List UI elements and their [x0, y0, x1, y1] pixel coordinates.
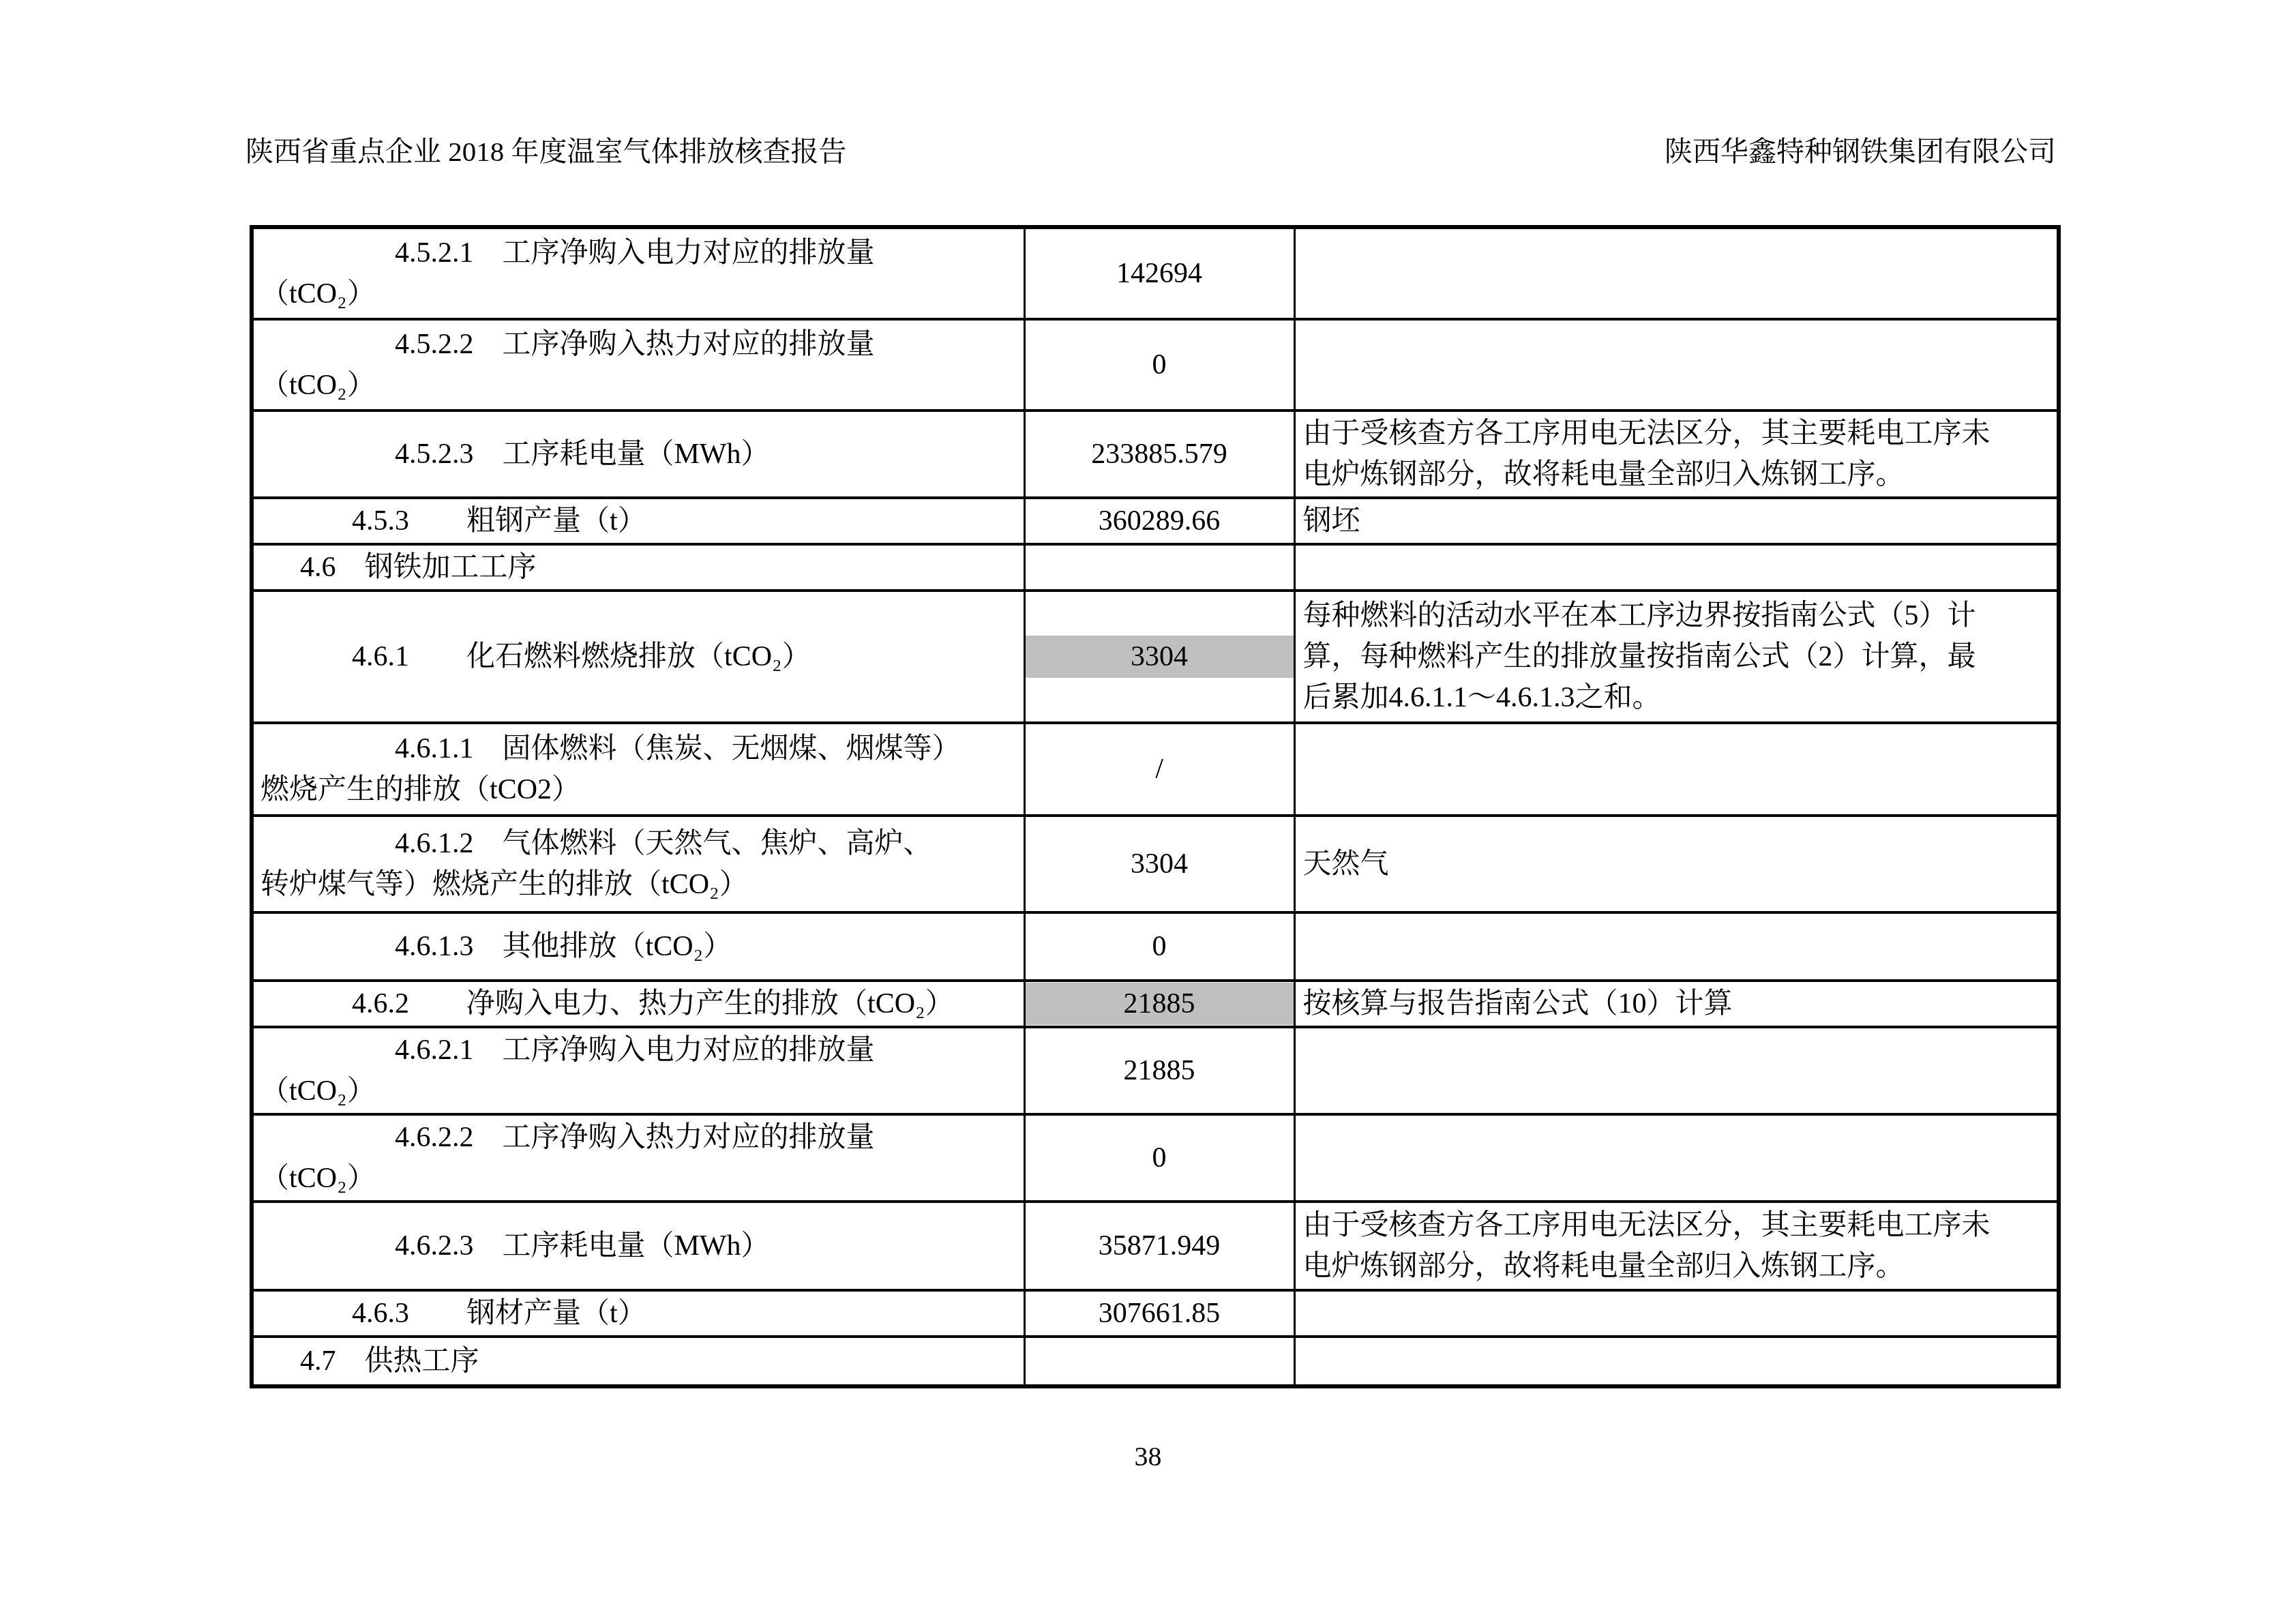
- header-company-name: 陕西华鑫特种钢铁集团有限公司: [1665, 134, 2056, 169]
- row-label: 4.6.1.2 气体燃料（天然气、焦炉、高炉、 转炉煤气等）燃烧产生的排放（tC…: [254, 823, 1023, 905]
- row-label: 4.6.2.3 工序耗电量（MWh）: [254, 1225, 1023, 1266]
- row-label: 4.6.1.3 其他排放（tCO₂）: [254, 926, 1023, 967]
- row-label: 4.6 钢铁加工工序: [254, 547, 1023, 588]
- row-note: 每种燃料的活动水平在本工序边界按指南公式（5）计 算，每种燃料产生的排放量按指南…: [1296, 595, 2057, 718]
- row-label: 4.5.2.2 工序净购入热力对应的排放量 （tCO₂）: [254, 324, 1023, 406]
- row-value: 21885: [1026, 1049, 1294, 1092]
- row-label: 4.6.2.1 工序净购入电力对应的排放量 （tCO₂）: [254, 1030, 1023, 1112]
- row-label: 4.5.2.1 工序净购入电力对应的排放量 （tCO₂）: [254, 233, 1023, 314]
- header-report-title: 陕西省重点企业 2018 年度温室气体排放核查报告: [245, 134, 847, 169]
- row-value: 0: [1026, 344, 1294, 386]
- row-label: 4.7 供热工序: [254, 1341, 1023, 1382]
- row-note: 钢坯: [1296, 501, 2057, 541]
- row-note: 由于受核查方各工序用电无法区分，其主要耗电工序未 电炉炼钢部分，故将耗电量全部归…: [1296, 1205, 2057, 1287]
- table-row-4-7: 4.7 供热工序: [252, 1337, 2059, 1386]
- table-row-4-6-2-1: 4.6.2.1 工序净购入电力对应的排放量 （tCO₂） 21885: [252, 1027, 2059, 1114]
- page-header: 陕西省重点企业 2018 年度温室气体排放核查报告 陕西华鑫特种钢铁集团有限公司: [245, 134, 2056, 169]
- table-row-4-6-1-1: 4.6.1.1 固体燃料（焦炭、无烟煤、烟煤等） 燃烧产生的排放（tCO2） /: [252, 723, 2059, 816]
- table-row-4-6-3: 4.6.3 钢材产量（t） 307661.85: [252, 1290, 2059, 1337]
- row-note: 由于受核查方各工序用电无法区分，其主要耗电工序未 电炉炼钢部分，故将耗电量全部归…: [1296, 413, 2057, 495]
- row-value: /: [1026, 748, 1294, 790]
- table-row-4-6: 4.6 钢铁加工工序: [252, 544, 2059, 591]
- row-value: 0: [1026, 1137, 1294, 1179]
- row-value-highlighted: 21885: [1026, 983, 1294, 1025]
- row-value: 0: [1026, 925, 1294, 968]
- page-number: 38: [0, 1440, 2296, 1472]
- row-value: 142694: [1026, 252, 1294, 295]
- table-row-4-5-2-1: 4.5.2.1 工序净购入电力对应的排放量 （tCO₂） 142694: [252, 227, 2059, 319]
- row-label: 4.5.3 粗钢产量（t）: [254, 501, 1023, 541]
- emissions-table: 4.5.2.1 工序净购入电力对应的排放量 （tCO₂） 142694 4.5.…: [250, 225, 2061, 1388]
- table-row-4-6-1: 4.6.1 化石燃料燃烧排放（tCO₂） 3304 每种燃料的活动水平在本工序边…: [252, 591, 2059, 723]
- row-note: 按核算与报告指南公式（10）计算: [1296, 983, 2057, 1024]
- row-note: 天然气: [1296, 844, 2057, 884]
- table-row-4-5-3: 4.5.3 粗钢产量（t） 360289.66 钢坯: [252, 498, 2059, 544]
- row-label: 4.5.2.3 工序耗电量（MWh）: [254, 434, 1023, 475]
- row-value: 35871.949: [1026, 1225, 1294, 1267]
- row-label: 4.6.1 化石燃料燃烧排放（tCO₂）: [254, 636, 1023, 677]
- table-row-4-6-1-3: 4.6.1.3 其他排放（tCO₂） 0: [252, 912, 2059, 981]
- table-row-4-6-2-2: 4.6.2.2 工序净购入热力对应的排放量 （tCO₂） 0: [252, 1114, 2059, 1202]
- table-row-4-6-2-3: 4.6.2.3 工序耗电量（MWh） 35871.949 由于受核查方各工序用电…: [252, 1202, 2059, 1290]
- table-row-4-5-2-3: 4.5.2.3 工序耗电量（MWh） 233885.579 由于受核查方各工序用…: [252, 411, 2059, 498]
- row-value-highlighted: 3304: [1026, 636, 1294, 678]
- table-row-4-6-1-2: 4.6.1.2 气体燃料（天然气、焦炉、高炉、 转炉煤气等）燃烧产生的排放（tC…: [252, 816, 2059, 912]
- emissions-table-wrap: 4.5.2.1 工序净购入电力对应的排放量 （tCO₂） 142694 4.5.…: [250, 225, 2061, 1388]
- row-label: 4.6.3 钢材产量（t）: [254, 1293, 1023, 1334]
- document-page: 陕西省重点企业 2018 年度温室气体排放核查报告 陕西华鑫特种钢铁集团有限公司…: [0, 0, 2296, 1623]
- row-value: 307661.85: [1026, 1292, 1294, 1335]
- row-value: 3304: [1026, 843, 1294, 885]
- row-value: 233885.579: [1026, 433, 1294, 475]
- row-label: 4.6.2 净购入电力、热力产生的排放（tCO₂）: [254, 983, 1023, 1024]
- row-label: 4.6.2.2 工序净购入热力对应的排放量 （tCO₂）: [254, 1117, 1023, 1199]
- row-value: 360289.66: [1026, 500, 1294, 542]
- row-label: 4.6.1.1 固体燃料（焦炭、无烟煤、烟煤等） 燃烧产生的排放（tCO2）: [254, 728, 1023, 810]
- table-row-4-6-2: 4.6.2 净购入电力、热力产生的排放（tCO₂） 21885 按核算与报告指南…: [252, 981, 2059, 1027]
- table-row-4-5-2-2: 4.5.2.2 工序净购入热力对应的排放量 （tCO₂） 0: [252, 319, 2059, 411]
